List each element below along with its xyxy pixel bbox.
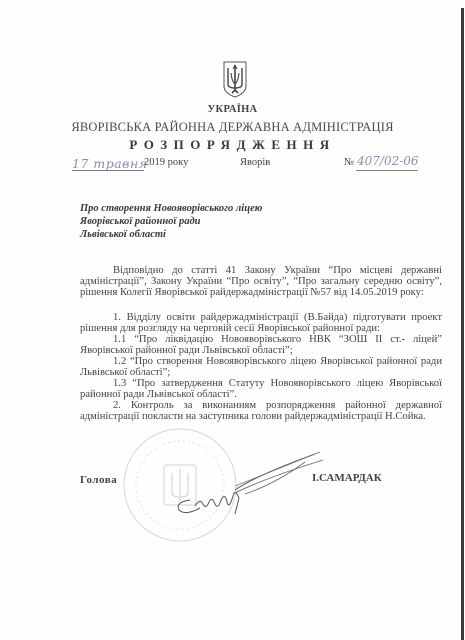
number-handwritten: 407/02-06 bbox=[357, 154, 419, 168]
year-label: 2019 року bbox=[144, 157, 188, 168]
items-paragraph: 1. Відділу освіти райдержадміністрації (… bbox=[80, 312, 442, 422]
scan-edge-line bbox=[461, 8, 464, 640]
trident-coat-of-arms-icon bbox=[222, 60, 248, 98]
number-underline bbox=[356, 170, 418, 171]
preamble-line: адміністрації”, Закону України “Про осві… bbox=[80, 276, 442, 287]
subject-line: Про створення Новояворівського ліцею bbox=[80, 203, 262, 214]
date-underline bbox=[72, 170, 144, 171]
date-handwritten: 17 травня bbox=[72, 156, 147, 171]
country-heading: УКРАЇНА bbox=[0, 104, 465, 115]
authority-heading: ЯВОРІВСЬКА РАЙОННА ДЕРЖАВНА АДМІНІСТРАЦІ… bbox=[0, 120, 465, 135]
preamble-paragraph: Відповідно до статті 41 Закону України “… bbox=[80, 265, 442, 298]
preamble-line: рішення Колегії Яворівської райдержадмін… bbox=[80, 287, 442, 298]
item-line: 1.1 “Про ліквідацію Новояворівського НВК… bbox=[80, 334, 442, 345]
document-type-title: РОЗПОРЯДЖЕННЯ bbox=[0, 137, 465, 153]
item-line: Львівської області”; bbox=[80, 367, 442, 378]
signatory-name: І.САМАРДАК bbox=[312, 472, 382, 484]
item-line: 1. Відділу освіти райдержадміністрації (… bbox=[80, 312, 442, 323]
place-label: Яворів bbox=[240, 157, 270, 168]
signatory-position: Голова bbox=[80, 474, 117, 486]
handwritten-signature-icon bbox=[165, 440, 325, 525]
item-line: 2. Контроль за виконанням розпорядження … bbox=[80, 400, 442, 411]
document-page: УКРАЇНА ЯВОРІВСЬКА РАЙОННА ДЕРЖАВНА АДМІ… bbox=[0, 0, 465, 640]
number-label: № bbox=[344, 157, 354, 168]
subject-line: Яворівської районної ради bbox=[80, 216, 201, 227]
item-line: 1.2 “Про створення Новояворівського ліце… bbox=[80, 356, 442, 367]
subject-line: Львівської області bbox=[80, 229, 166, 240]
item-line: адміністрації покласти на заступника гол… bbox=[80, 411, 442, 422]
item-line: районної ради Львівської області”. bbox=[80, 389, 442, 400]
item-line: рішення для розгляду на черговій сесії Я… bbox=[80, 323, 442, 334]
item-line: 1.3 “Про затвердження Статуту Новояворів… bbox=[80, 378, 442, 389]
preamble-line: Відповідно до статті 41 Закону України “… bbox=[80, 265, 442, 276]
item-line: Яворівської районної ради Львівської обл… bbox=[80, 345, 442, 356]
